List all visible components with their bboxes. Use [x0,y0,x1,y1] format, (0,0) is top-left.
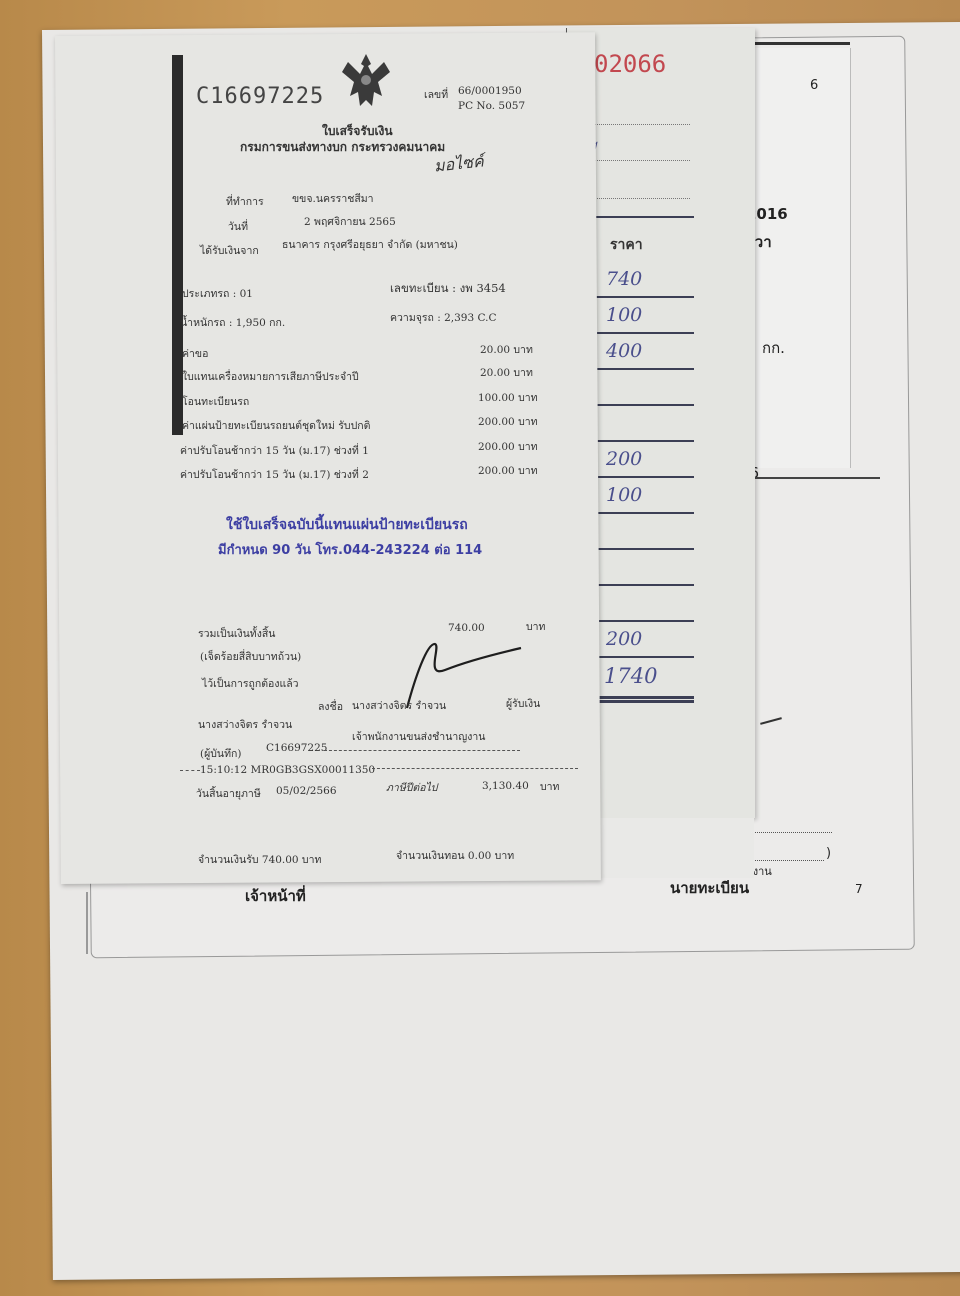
slip-price-header: ราคา [610,234,643,256]
slip-serial-number: 02066 [594,50,666,78]
tax-expiry-date: 05/02/2566 [276,785,337,797]
form-bracket [86,892,88,954]
slip-rule [582,548,694,550]
form-divider [740,477,880,479]
line-item-label: ค่าปรับโอนช้ากว่า 15 วัน (ม.17) ช่วงที่ … [180,466,369,483]
slip-rule [582,216,694,218]
slip-rule [582,332,694,334]
stamp-line-2: มีกำหนด 90 วัน โทร.044-243224 ต่อ 114 [218,539,482,560]
office-label: ที่ทำการ [226,193,264,210]
slip-price-value: 100 [606,484,642,506]
stamp-line-1: ใช้ใบเสร็จฉบับนี้แทนแผ่นป้ายทะเบียนรถ [226,514,468,536]
slip-rule [582,404,694,406]
garuda-emblem-icon [338,52,394,110]
line-item-amount: 100.00 บาท [478,389,538,406]
vehicle-type: ประเภทรถ : 01 [182,285,253,302]
slip-rule [582,440,694,442]
slip-price-value: 200 [606,628,642,650]
slip-price-value: 740 [606,268,642,290]
dashed-separator [180,770,200,771]
slip-price-value: 200 [606,448,642,470]
received-from-label: ได้รับเงินจาก [200,242,259,259]
received-amount: จำนวนเงินรับ 740.00 บาท [198,851,321,868]
line-item-label: ใบแทนเครื่องหมายการเสียภาษีประจำปี [182,368,359,385]
next-tax-label: ภาษีปีต่อไป [386,779,437,796]
line-item-amount: 200.00 บาท [478,438,538,455]
form-kg-fragment: กก. [762,336,785,360]
engine-capacity: ความจุรถ : 2,393 C.C [390,309,497,326]
slip-rule [582,512,694,514]
form-registrar-label: นายทะเบียน [670,876,749,900]
recorder-name: นางสว่างจิตร รำจวน [198,716,292,733]
line-item-label: ค่าแผ่นป้ายทะเบียนรถยนต์ชุดใหม่ รับปกติ [182,417,370,434]
recorder-label: (ผู้บันทึก) [200,745,241,762]
verified-text: ไว้เป็นการถูกต้องแล้ว [202,675,299,692]
line-item-amount: 20.00 บาท [480,364,533,381]
handwritten-vehicle-note: มอไซค์ [433,149,485,179]
slip-rule [582,368,694,370]
slip-price-value: 100 [606,304,642,326]
plate-number: เลขทะเบียน : งพ 3454 [390,280,506,298]
receiver-role: ผู้รับเงิน [506,695,540,712]
office-value: ขขจ.นครราชสีมา [292,190,374,207]
receipt-pc-number: PC No. 5057 [458,100,525,112]
vehicle-weight: น้ำหนักรถ : 1,950 กก. [180,314,285,331]
received-from-value: ธนาคาร กรุงศรีอยุธยา จำกัด (มหาชน) [282,236,458,253]
form-officer-label: เจ้าหน้าที่ [245,884,306,908]
receipt-agency: กรมการขนส่งทางบก กระทรวงคมนาคม [240,138,445,157]
slip-total-value: 1740 [604,664,657,688]
date-label: วันที่ [228,218,248,235]
slip-rule [582,476,694,478]
timestamp-reference: 15:10:12 MR0GB3GSX00011350 [200,764,375,776]
next-tax-currency: บาท [540,778,559,795]
line-item-label: ค่าขอ [182,345,208,362]
total-label: รวมเป็นเงินทั้งสิ้น [198,625,275,642]
slip-rule [582,296,694,298]
slip-price-value: 400 [606,340,642,362]
sign-label: ลงชื่อ [318,698,343,715]
receiver-name: นางสว่างจิตร รำจวน [352,697,446,714]
form-paren: ) [826,846,831,861]
form-page-number-bottom: 7 [855,882,863,896]
line-item-amount: 20.00 บาท [480,341,533,358]
dashed-separator [324,750,520,751]
line-item-label: ค่าปรับโอนช้ากว่า 15 วัน (ม.17) ช่วงที่ … [180,442,369,459]
total-value: 740.00 [448,622,485,634]
dashed-separator [372,768,578,769]
receipt-doc-code: C16697225 [196,84,324,109]
total-in-words: (เจ็ดร้อยสี่สิบบาทถ้วน) [200,648,301,665]
officer-title: เจ้าพนักงานขนส่งชำนาญงาน [352,728,485,745]
line-item-amount: 200.00 บาท [478,462,538,479]
line-item-label: โอนทะเบียนรถ [182,393,249,410]
change-amount: จำนวนเงินทอน 0.00 บาท [396,847,514,864]
receipt-number-label: เลขที่ [424,86,448,103]
form-page-number-top: 6 [810,78,818,93]
date-value: 2 พฤศจิกายน 2565 [304,213,396,230]
line-item-amount: 200.00 บาท [478,413,538,430]
total-currency: บาท [526,618,545,635]
price-slip-lower [590,818,754,878]
recorder-code: C16697225 [266,742,327,754]
next-tax-amount: 3,130.40 [482,780,529,792]
receipt-number: 66/0001950 [458,85,522,97]
tax-expiry-label: วันสิ้นอายุภาษี [196,785,261,802]
